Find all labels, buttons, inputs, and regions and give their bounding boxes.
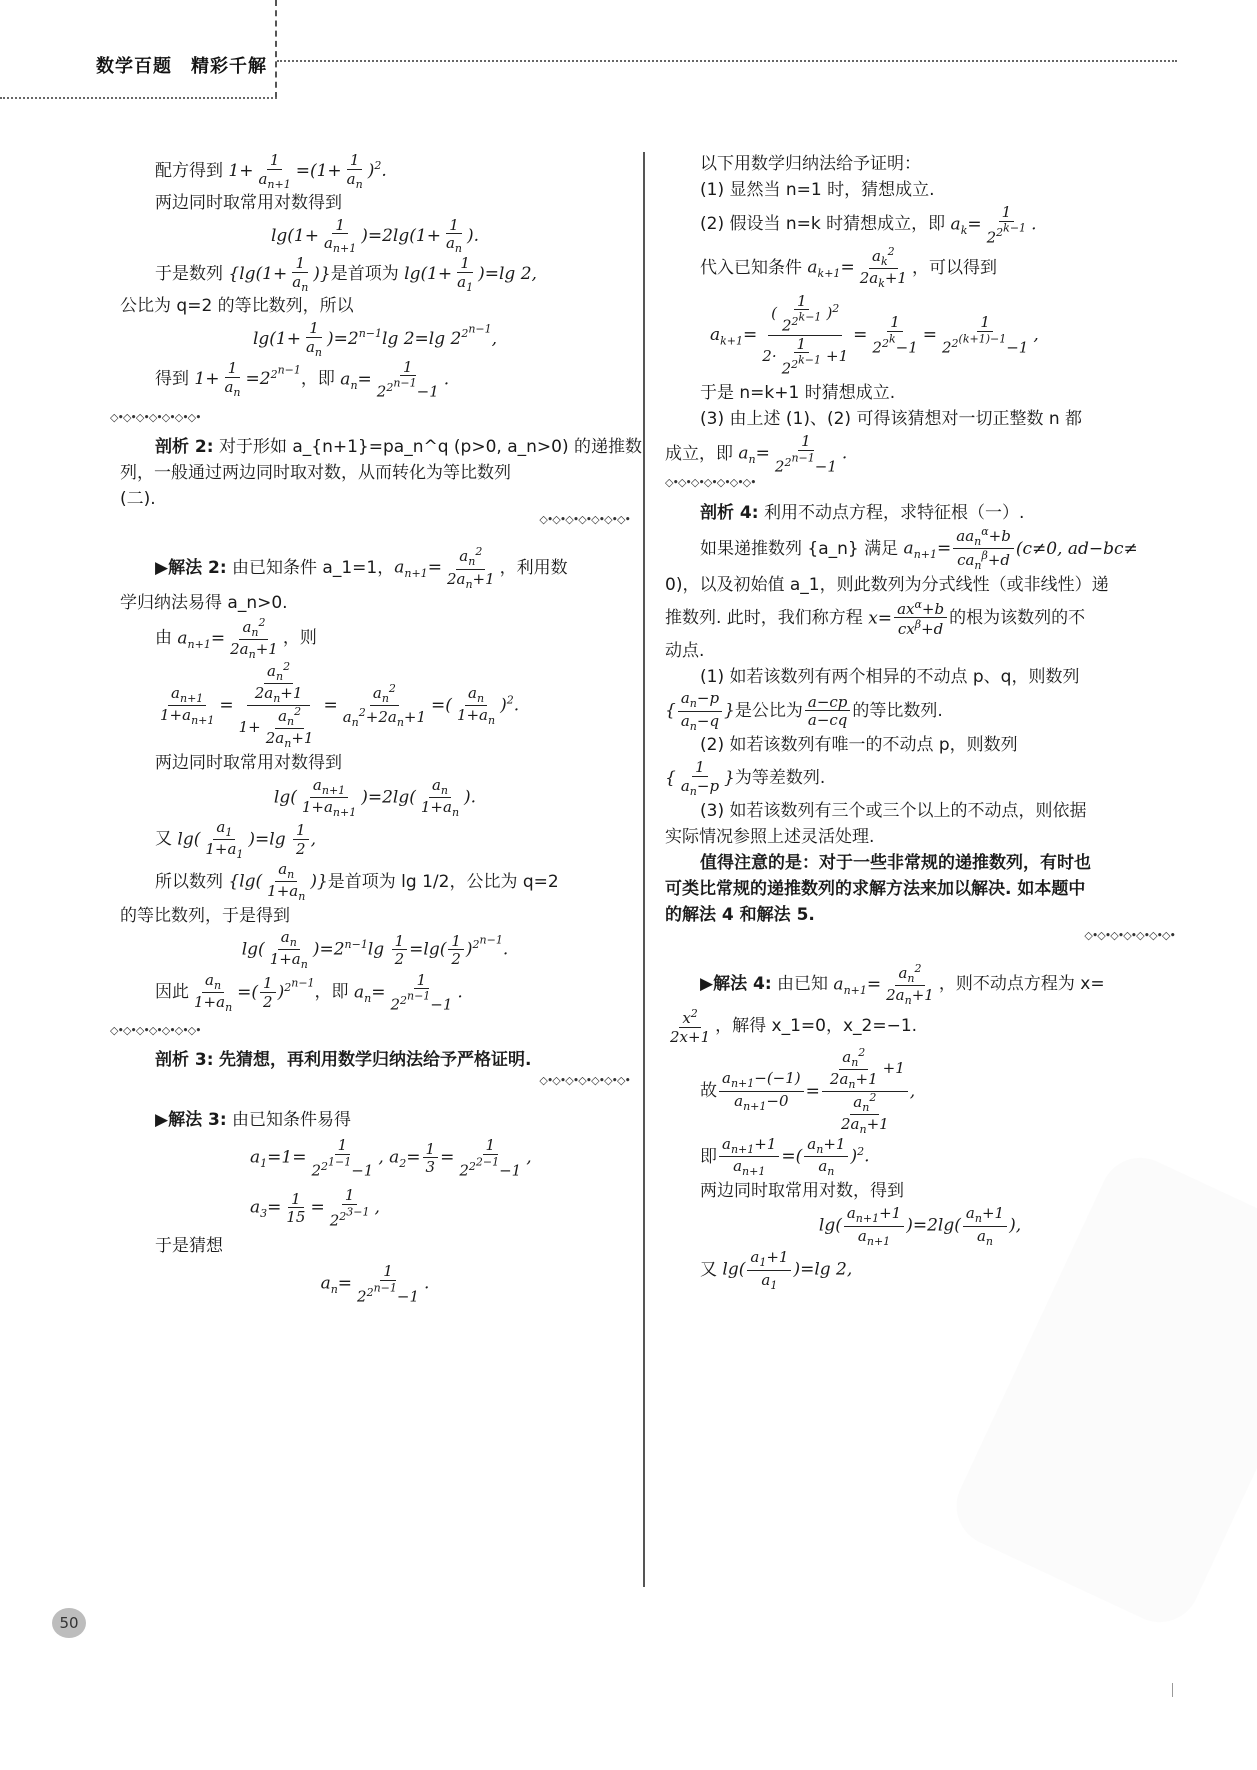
text: 是首项为 lg 1/2，公比为 q=2	[328, 872, 559, 893]
text: 得到	[155, 369, 189, 390]
equation: an+1=an22an+1	[828, 963, 939, 1007]
equation: {an−pan−q}	[665, 690, 735, 732]
text-line: 推数列. 此时，我们称方程 x=axα+bcxβ+d 的根为该数列的不	[665, 598, 1175, 638]
text-line: (3) 由上述 (1)、(2) 可得该猜想对一切正整数 n 都	[665, 406, 1175, 432]
text-line: 学归纳法易得 a_n>0.	[120, 591, 630, 617]
equation: lg(1+1a1)=lg 2,	[399, 255, 537, 294]
text: (3) 如若该数列有三个或三个以上的不动点，则依据	[700, 801, 1086, 822]
text: 以下用数学归纳法给予证明：	[700, 154, 921, 175]
header-vertical-rule	[275, 0, 277, 98]
page-number-badge: 50	[52, 1608, 86, 1638]
text: 动点.	[665, 641, 704, 662]
analysis-label: 剖析 4:	[700, 503, 759, 524]
text: 的等比数列，于是得到	[120, 906, 290, 927]
text: 先猜想，再利用数学归纳法给予严格证明.	[219, 1050, 531, 1071]
margin-mark	[1172, 1683, 1173, 1697]
equation: a−cpa−cq	[803, 694, 853, 730]
analysis-label: 剖析 3:	[155, 1050, 214, 1071]
text: 于是 n=k+1 时猜想成立.	[700, 383, 895, 404]
text: 由已知	[777, 974, 828, 995]
equation: x22x+1	[665, 1008, 715, 1046]
ornament-divider: ◇•◇•◇•◇•◇•◇•◇•	[120, 513, 630, 527]
text: (c≠0, ad−bc≠	[1016, 539, 1138, 560]
solution-label: ▶解法 4:	[700, 974, 772, 995]
ornament-divider: ◇•◇•◇•◇•◇•◇•◇•	[665, 476, 1175, 490]
text: 如果递推数列 {a_n} 满足	[700, 539, 898, 560]
text-line: 由 an+1=an22an+1 ，则	[120, 617, 630, 661]
column-divider	[643, 152, 645, 1587]
analysis-3: 剖析 3: 先猜想，再利用数学归纳法给予严格证明.	[120, 1048, 630, 1074]
text: 的根为该数列的不	[949, 608, 1085, 629]
text: 因此	[155, 982, 189, 1003]
right-column: 以下用数学归纳法给予证明： (1) 显然当 n=1 时，猜想成立. (2) 假设…	[665, 152, 1175, 1293]
text-line: (2) 假设当 n=k 时猜想成立，即 ak=122k−1.	[665, 204, 1175, 246]
analysis-label: 剖析 2:	[155, 437, 214, 458]
equation-line: 即 an+1+1an+1=(an+1an)2.	[665, 1136, 1175, 1178]
text: 列，一般通过两边同时取对数，从而转化为等比数列	[120, 463, 511, 484]
analysis-4: 剖析 4: 利用不动点方程，求特征根（一）.	[665, 500, 1175, 526]
header-dotted-rule-right	[277, 60, 1177, 62]
text: (1) 显然当 n=1 时，猜想成立.	[700, 180, 935, 201]
text-line: 的等比数列，于是得到	[120, 903, 630, 929]
text-line: 可类比常规的递推数列的求解方法来加以解决. 如本题中	[665, 877, 1175, 903]
equation: {1an−p}	[665, 759, 735, 798]
equation: an+1−(−1)an+1−0=an22an+1+1an22an+1,	[717, 1047, 915, 1137]
text-line: 配方得到 1+1an+1=(1+1an)2.	[120, 152, 630, 191]
text: 是公比为	[735, 701, 803, 722]
text: (1) 如若该数列有两个相异的不动点 p、q，则数列	[700, 667, 1079, 688]
text-line: 0)，以及初始值 a_1，则此数列为分式线性（或非线性）递	[665, 572, 1175, 598]
text: 又	[700, 1260, 717, 1281]
text-line: 于是 n=k+1 时猜想成立.	[665, 380, 1175, 406]
equation: lg(a1+1a1)=lg 2,	[717, 1249, 852, 1291]
header-dotted-rule-left	[0, 97, 277, 99]
equation: lg(an+1+1an+1)=2lg(an+1an),	[819, 1205, 1021, 1247]
equation: lg(an+11+an+1)=2lg(an1+an).	[274, 777, 476, 819]
analysis-2: 剖析 2: 对于形如 a_{n+1}=pa_n^q (p>0, a_n>0) 的…	[120, 435, 630, 461]
text-line: 公比为 q=2 的等比数列，所以	[120, 294, 630, 320]
ornament-divider: ◇•◇•◇•◇•◇•◇•◇•	[665, 929, 1175, 943]
text: 两边同时取常用对数得到	[155, 193, 342, 214]
equation: lg(1+1an)=2n−1lg 2=lg 22n−1,	[253, 320, 497, 359]
equation: a1=1=1221−1−1, a2=13=1222−1−1,	[250, 1137, 532, 1179]
equation-line: lg(an+11+an+1)=2lg(an1+an).	[120, 777, 630, 819]
text: 所以数列	[155, 872, 223, 893]
equation: lg(an1+an)=2n−1lg 12=lg(12)2n−1.	[242, 929, 509, 971]
equation: a3=115=1223−1,	[250, 1187, 380, 1229]
text: ，即	[315, 982, 349, 1003]
text-line: 值得注意的是：对于一些非常规的递推数列，有时也	[665, 851, 1175, 877]
text: 成立，即	[665, 444, 733, 465]
text: 实际情况参照上述灵活处理.	[665, 827, 874, 848]
text: 故	[700, 1081, 717, 1102]
text-line: 成立，即 an=122n−1−1.	[665, 432, 1175, 476]
text: ，则	[283, 628, 317, 649]
equation: an+1+1an+1=(an+1an)2.	[717, 1136, 870, 1178]
text: 由已知条件 a_1=1，	[232, 558, 394, 579]
equation: an=122n−1−1.	[321, 1263, 430, 1305]
equation-line: lg(1+1an+1)=2lg(1+1an).	[120, 217, 630, 256]
text-line: (1) 如若该数列有两个相异的不动点 p、q，则数列	[665, 664, 1175, 690]
text-line: (3) 如若该数列有三个或三个以上的不动点，则依据	[665, 799, 1175, 825]
text-line: 的解法 4 和解法 5.	[665, 903, 1175, 929]
ornament-divider: ◇•◇•◇•◇•◇•◇•◇•	[110, 1024, 630, 1038]
equation-line: lg(an+1+1an+1)=2lg(an+1an),	[665, 1205, 1175, 1249]
text: 由已知条件易得	[232, 1110, 351, 1131]
text: 值得注意的是：对于一些非常规的递推数列，有时也	[700, 853, 1091, 874]
ornament-divider: ◇•◇•◇•◇•◇•◇•◇•	[120, 1074, 630, 1088]
solution-label: ▶解法 2:	[155, 558, 227, 579]
text-line: x22x+1 ，解得 x_1=0，x_2=−1.	[665, 1007, 1175, 1047]
solution-3: ▶解法 3: 由已知条件易得	[120, 1107, 630, 1133]
equation-line: lg(1+1an)=2n−1lg 2=lg 22n−1,	[120, 320, 630, 359]
left-column: 配方得到 1+1an+1=(1+1an)2. 两边同时取常用对数得到 lg(1+…	[120, 152, 630, 1309]
equation-line: a1=1=1221−1−1, a2=13=1222−1−1,	[120, 1133, 630, 1183]
equation: an+11+an+1=an22an+11+an22an+1=an2an2+2an…	[155, 661, 519, 751]
text: 学归纳法易得 a_n>0.	[120, 593, 288, 614]
text: 两边同时取常用对数，得到	[700, 1181, 904, 1202]
equation: an=122n−1−1.	[349, 972, 463, 1014]
text: (3) 由上述 (1)、(2) 可得该猜想对一切正整数 n 都	[700, 409, 1082, 430]
text: 由	[155, 628, 172, 649]
text: (2) 假设当 n=k 时猜想成立，即	[700, 214, 945, 235]
text: ，利用数	[500, 558, 568, 579]
text: ，解得 x_1=0，x_2=−1.	[715, 1016, 917, 1037]
text-line: {an−pan−q} 是公比为 a−cpa−cq 的等比数列.	[665, 690, 1175, 732]
text-line: 于是数列 {lg(1+1an)} 是首项为 lg(1+1a1)=lg 2,	[120, 255, 630, 294]
text: 的解法 4 和解法 5.	[665, 905, 815, 926]
text-line: 因此 an1+an=(12)2n−1 ，即 an=122n−1−1.	[120, 972, 630, 1014]
text-line: {1an−p} 为等差数列.	[665, 759, 1175, 799]
text: 是首项为	[331, 264, 399, 285]
text: 0)，以及初始值 a_1，则此数列为分式线性（或非线性）递	[665, 575, 1109, 596]
text-line: 如果递推数列 {a_n} 满足 an+1=aanα+bcanβ+d (c≠0, …	[665, 526, 1175, 572]
book-title: 数学百题 精彩千解	[96, 52, 267, 78]
text-line: 所以数列 {lg(an1+an)} 是首项为 lg 1/2，公比为 q=2	[120, 861, 630, 903]
text: 即	[700, 1147, 717, 1168]
text: (二).	[120, 489, 156, 510]
text-line: (1) 显然当 n=1 时，猜想成立.	[665, 178, 1175, 204]
text: 利用不动点方程，求特征根（一）.	[764, 503, 1024, 524]
text-line: (2) 如若该数列有唯一的不动点 p，则数列	[665, 733, 1175, 759]
equation-line: lg(an1+an)=2n−1lg 12=lg(12)2n−1.	[120, 929, 630, 971]
equation: x=axα+bcxβ+d	[863, 599, 949, 639]
equation-line: 又 lg(a1+1a1)=lg 2,	[665, 1249, 1175, 1293]
text: 配方得到	[155, 161, 223, 182]
text: ，可以得到	[912, 258, 997, 279]
equation: lg(a11+a1)=lg 12,	[172, 819, 316, 861]
text: ，则不动点方程为 x=	[939, 974, 1105, 995]
text-line: 实际情况参照上述灵活处理.	[665, 825, 1175, 851]
equation: an=122n−1−1.	[733, 433, 847, 475]
text: 代入已知条件	[700, 258, 802, 279]
equation-line: an=122n−1−1.	[120, 1259, 630, 1309]
equation: an=122n−1−1.	[335, 359, 449, 401]
equation: ak+1=(122k−1)22·122k−1+1=122k−1=122(k+1)…	[710, 293, 1039, 378]
equation-line: ak+1=(122k−1)22·122k−1+1=122k−1=122(k+1)…	[665, 290, 1175, 380]
equation: an+1=an22an+1	[172, 617, 283, 661]
equation-line: 故 an+1−(−1)an+1−0=an22an+1+1an22an+1,	[665, 1047, 1175, 1137]
solution-4: ▶解法 4: 由已知 an+1=an22an+1 ，则不动点方程为 x=	[665, 963, 1175, 1007]
text-line: (二).	[120, 487, 630, 513]
text-line: 以下用数学归纳法给予证明：	[665, 152, 1175, 178]
text-line: 两边同时取常用对数得到	[120, 191, 630, 217]
text-line: 两边同时取常用对数得到	[120, 751, 630, 777]
text-line: 两边同时取常用对数，得到	[665, 1179, 1175, 1205]
text-line: 动点.	[665, 638, 1175, 664]
solution-2: ▶解法 2: 由已知条件 a_1=1， an+1=an22an+1 ，利用数	[120, 546, 630, 590]
text: 公比为 q=2 的等比数列，所以	[120, 296, 354, 317]
text: 推数列. 此时，我们称方程	[665, 608, 863, 629]
text-line: 又 lg(a11+a1)=lg 12,	[120, 819, 630, 861]
equation: lg(1+1an+1)=2lg(1+1an).	[271, 217, 479, 256]
equation: ak+1=ak22ak+1	[802, 246, 912, 290]
text-line: 于是猜想	[120, 1233, 630, 1259]
equation: 1+1an=22n−1	[189, 360, 301, 399]
text: 可类比常规的递推数列的求解方法来加以解决. 如本题中	[665, 879, 1085, 900]
equation: an+1=an22an+1	[394, 546, 499, 590]
text: (2) 如若该数列有唯一的不动点 p，则数列	[700, 735, 1018, 756]
text: 又	[155, 829, 172, 850]
equation: an1+an=(12)2n−1	[189, 972, 315, 1014]
text-line: 得到 1+1an=22n−1 ，即 an=122n−1−1.	[120, 359, 630, 401]
equation-line: a3=115=1223−1,	[120, 1183, 630, 1233]
ornament-divider: ◇•◇•◇•◇•◇•◇•◇•	[110, 411, 630, 425]
equation: {lg(an1+an)}	[223, 861, 328, 903]
equation: an+1=aanα+bcanβ+d	[898, 526, 1016, 572]
text: 于是猜想	[155, 1236, 223, 1257]
solution-label: ▶解法 3:	[155, 1110, 227, 1131]
text: 于是数列	[155, 264, 223, 285]
equation: ak=122k−1.	[945, 204, 1036, 246]
text: 两边同时取常用对数得到	[155, 753, 342, 774]
text: ，即	[301, 369, 335, 390]
text: 的等比数列.	[852, 701, 942, 722]
equation-line: an+11+an+1=an22an+11+an22an+1=an2an2+2an…	[120, 661, 630, 751]
text-line: 列，一般通过两边同时取对数，从而转化为等比数列	[120, 461, 630, 487]
equation: {lg(1+1an)}	[223, 255, 331, 294]
text: 为等差数列.	[735, 768, 825, 789]
text-line: 代入已知条件 ak+1=ak22ak+1 ，可以得到	[665, 246, 1175, 290]
text: 对于形如 a_{n+1}=pa_n^q (p>0, a_n>0) 的递推数	[219, 437, 642, 458]
equation: 1+1an+1=(1+1an)2.	[223, 152, 387, 191]
